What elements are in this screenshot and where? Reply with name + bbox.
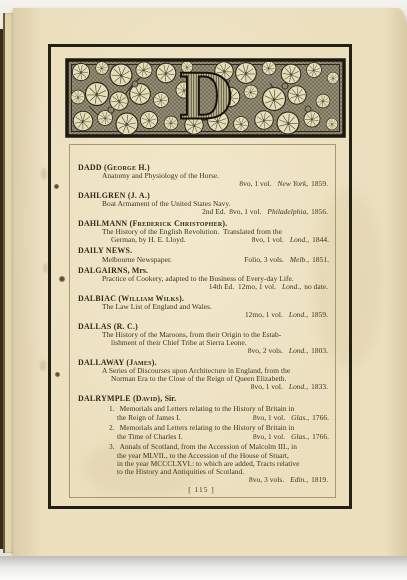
imprint-year: 1856. — [311, 207, 328, 216]
imprint-format: 8vo, 2 vols. — [248, 346, 283, 355]
imprint-format: 8vo, 1 vol. — [252, 235, 284, 244]
imprint-year: 1766. — [312, 432, 329, 441]
imprint-year: no date. — [304, 282, 328, 291]
imprint: 8vo, 1 vol.Glas.,1766. — [253, 414, 329, 422]
place-name: Glas., — [291, 432, 309, 441]
place-name: Lond., — [290, 235, 309, 244]
place-name: Edin., — [290, 475, 308, 484]
numbered-item-1: 1.Memorials and Letters relating to the … — [78, 405, 329, 421]
numbered-item-3: 3.Annals of Scotland, from the Accession… — [78, 443, 329, 484]
worm-hole-spot — [54, 184, 59, 189]
edge-smudge — [43, 263, 48, 273]
imprint-format: Folio, 3 vols. — [244, 255, 284, 264]
title-continuation: the Reign of James I. — [117, 414, 181, 422]
place-name: Lond., — [289, 346, 308, 355]
imprint: 8vo, 1 vol.Lond.,1844. — [252, 236, 329, 244]
imprint-line: 8vo, 3 vols.Edin.,1819. — [78, 476, 329, 484]
imprint-format: 8vo, 3 vols. — [249, 475, 284, 484]
initial-letter-d: D — [178, 60, 233, 134]
entry-dallas: DALLAS (R. C.) The History of the Maroon… — [78, 323, 329, 356]
photo-backdrop: D DADD (George H.) Anatomy and Physiolog… — [0, 0, 407, 580]
entry-dalrymple: DALRYMPLE (David), Sir. 1.Memorials and … — [78, 395, 329, 485]
imprint-line: 12mo, 1 vol.Lond.,1859. — [78, 311, 329, 319]
author-heading: DALRYMPLE (David), Sir. — [78, 395, 329, 403]
title-imprint-line: the Time of Charles I. 8vo, 1 vol.Glas.,… — [78, 433, 329, 441]
place-name: Philadelphia, — [267, 207, 308, 216]
title-line: Melbourne Newspaper. — [102, 256, 172, 264]
entry-dallaway: DALLAWAY (James). A Series of Discourses… — [78, 359, 329, 392]
imprint-format: 8vo, 1 vol. — [239, 179, 271, 188]
place-name: Lond., — [282, 282, 301, 291]
imprint-line: 14th Ed. 12mo, 1 vol.Lond.,no date. — [78, 283, 329, 291]
imprint: 8vo, 1 vol.Glas.,1766. — [253, 433, 329, 441]
catalogue-entries: DADD (George H.) Anatomy and Physiology … — [78, 164, 329, 484]
place-name: Glas., — [291, 413, 309, 422]
title-continuation: the Time of Charles I. — [117, 433, 183, 441]
place-name: Lond., — [289, 310, 308, 319]
entry-dalbiac: DALBIAC (William Wilks). The Law List of… — [78, 295, 329, 320]
imprint-format: 8vo, 1 vol. — [251, 382, 283, 391]
imprint-year: 1844. — [312, 235, 329, 244]
imprint-year: 1859. — [311, 310, 328, 319]
item-number: 2. — [109, 423, 115, 432]
imprint-year: 1803. — [311, 346, 328, 355]
imprint: Folio, 3 vols.Melb.,1851. — [244, 256, 329, 264]
imprint-format: 14th Ed. 12mo, 1 vol. — [209, 282, 276, 291]
entry-dahlgren: DAHLGREN (J. A.) Boat Armament of the Un… — [78, 192, 329, 217]
entry-dahlmann: DAHLMANN (Frederick Christopher). The Hi… — [78, 220, 329, 245]
page-number: [ 115 ] — [69, 485, 334, 494]
entry-dadd: DADD (George H.) Anatomy and Physiology … — [78, 164, 329, 189]
imprint-format: 8vo, 1 vol. — [253, 413, 285, 422]
place-name: New York, — [278, 179, 309, 188]
title-continuation: German, by H. E. Lloyd. — [111, 236, 186, 244]
woodcut-header-ornament: D — [65, 58, 346, 138]
title-imprint-line: German, by H. E. Lloyd. 8vo, 1 vol.Lond.… — [78, 236, 329, 244]
imprint-line: 8vo, 1 vol.New York,1859. — [78, 180, 329, 188]
imprint-format: 2nd Ed. 8vo, 1 vol. — [202, 207, 261, 216]
edge-smudge — [41, 168, 47, 180]
entry-daily-news: DAILY NEWS. Melbourne Newspaper. Folio, … — [78, 247, 329, 263]
author-name: DALRYMPLE (David), — [78, 394, 163, 403]
place-name: Lond., — [289, 382, 308, 391]
title-imprint-line: Melbourne Newspaper. Folio, 3 vols.Melb.… — [78, 256, 329, 264]
imprint-line: 8vo, 2 vols.Lond.,1803. — [78, 347, 329, 355]
imprint-format: 12mo, 1 vol. — [245, 310, 283, 319]
imprint-year: 1766. — [312, 413, 329, 422]
imprint-line: 2nd Ed. 8vo, 1 vol.Philadelphia,1856. — [78, 208, 329, 216]
worm-hole-spot — [55, 372, 60, 377]
item-number: 3. — [109, 442, 115, 451]
worm-hole-spot — [59, 276, 65, 282]
title-imprint-line: the Reign of James I. 8vo, 1 vol.Glas.,1… — [78, 414, 329, 422]
imprint-year: 1859. — [311, 179, 328, 188]
place-name: Melb., — [290, 255, 309, 264]
imprint-year: 1833. — [311, 382, 328, 391]
imprint-line: 8vo, 1 vol.Lond.,1833. — [78, 383, 329, 391]
item-number: 1. — [109, 404, 115, 413]
entry-dalgairns: DALGAIRNS, Mrs. Practice of Cookery, ada… — [78, 267, 329, 292]
edge-smudge — [40, 360, 46, 371]
imprint-year: 1819. — [311, 475, 328, 484]
author-honorific: Sir. — [163, 394, 177, 403]
numbered-item-2: 2.Memorials and Letters relating to the … — [78, 424, 329, 440]
table-surface — [0, 556, 407, 580]
book-page: D DADD (George H.) Anatomy and Physiolog… — [13, 8, 407, 556]
imprint-year: 1851. — [312, 255, 329, 264]
imprint-format: 8vo, 1 vol. — [253, 432, 285, 441]
